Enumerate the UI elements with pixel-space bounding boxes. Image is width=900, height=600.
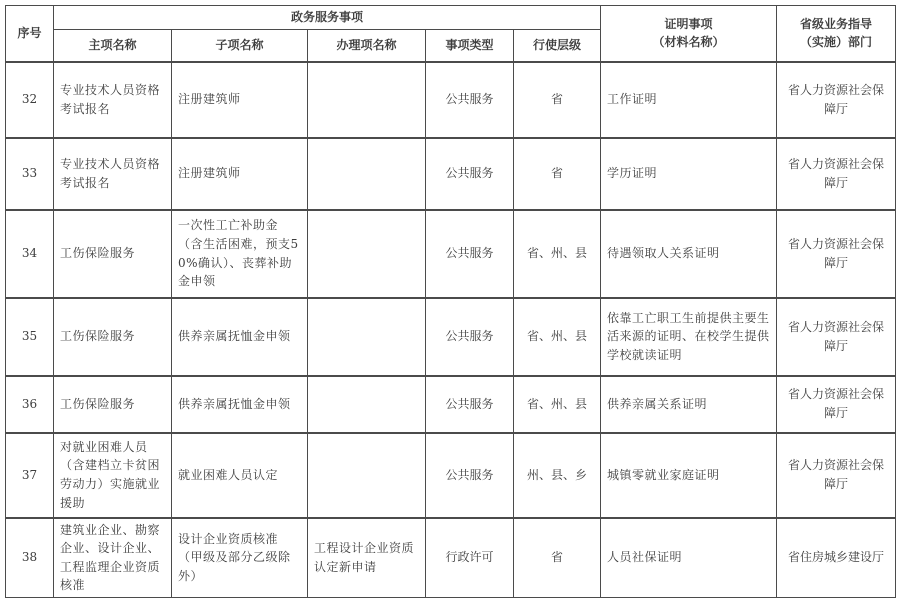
cell-cert-material: 供养亲属关系证明 [601, 376, 777, 433]
cell-item-type: 公共服务 [426, 210, 514, 298]
header-seq: 序号 [6, 6, 54, 62]
cell-exercise-level: 省 [514, 138, 601, 210]
cell-exercise-level: 省、州、县 [514, 376, 601, 433]
cell-item-name: 工程设计企业资质认定新申请 [308, 518, 426, 598]
cell-sub-name: 一次性工亡补助金（含生活困难，预支50%确认）、丧葬补助金申领 [172, 210, 308, 298]
table-row: 37对就业困难人员（含建档立卡贫困劳动力）实施就业援助就业困难人员认定公共服务州… [6, 433, 896, 518]
cell-item-type: 行政许可 [426, 518, 514, 598]
cell-sub-name: 就业困难人员认定 [172, 433, 308, 518]
table-row: 36工伤保险服务供养亲属抚恤金申领公共服务省、州、县供养亲属关系证明省人力资源社… [6, 376, 896, 433]
cell-main-name: 专业技术人员资格考试报名 [54, 138, 172, 210]
cell-item-name [308, 210, 426, 298]
cell-dept: 省人力资源社会保障厅 [777, 433, 896, 518]
cell-cert-material: 工作证明 [601, 62, 777, 138]
cell-item-name [308, 433, 426, 518]
cell-main-name: 对就业困难人员（含建档立卡贫困劳动力）实施就业援助 [54, 433, 172, 518]
header-dept-line1: 省级业务指导 [783, 15, 889, 34]
header-cert: 证明事项 （材料名称） [601, 6, 777, 62]
header-item-name: 办理项名称 [308, 30, 426, 62]
cell-dept: 省人力资源社会保障厅 [777, 298, 896, 376]
cell-seq: 32 [6, 62, 54, 138]
header-service-group: 政务服务事项 [54, 6, 601, 30]
cell-dept: 省人力资源社会保障厅 [777, 62, 896, 138]
cell-sub-name: 设计企业资质核准（甲级及部分乙级除外） [172, 518, 308, 598]
cell-item-type: 公共服务 [426, 138, 514, 210]
cell-item-type: 公共服务 [426, 298, 514, 376]
cell-sub-name: 注册建筑师 [172, 62, 308, 138]
cell-dept: 省人力资源社会保障厅 [777, 376, 896, 433]
cell-exercise-level: 省 [514, 62, 601, 138]
table-row: 38建筑业企业、勘察企业、设计企业、工程监理企业资质核准设计企业资质核准（甲级及… [6, 518, 896, 598]
table-row: 32专业技术人员资格考试报名注册建筑师公共服务省工作证明省人力资源社会保障厅 [6, 62, 896, 138]
cell-sub-name: 供养亲属抚恤金申领 [172, 376, 308, 433]
table-row: 34工伤保险服务一次性工亡补助金（含生活困难，预支50%确认）、丧葬补助金申领公… [6, 210, 896, 298]
table-header: 序号 政务服务事项 证明事项 （材料名称） 省级业务指导 （实施）部门 主项名称… [6, 6, 896, 62]
cell-item-name [308, 62, 426, 138]
government-services-table: 序号 政务服务事项 证明事项 （材料名称） 省级业务指导 （实施）部门 主项名称… [5, 5, 896, 598]
cell-item-name [308, 138, 426, 210]
header-exercise-level: 行使层级 [514, 30, 601, 62]
cell-seq: 35 [6, 298, 54, 376]
cell-cert-material: 学历证明 [601, 138, 777, 210]
cell-item-type: 公共服务 [426, 433, 514, 518]
document-page: 序号 政务服务事项 证明事项 （材料名称） 省级业务指导 （实施）部门 主项名称… [0, 0, 900, 600]
cell-cert-material: 人员社保证明 [601, 518, 777, 598]
cell-item-name [308, 298, 426, 376]
header-dept: 省级业务指导 （实施）部门 [777, 6, 896, 62]
header-main-name: 主项名称 [54, 30, 172, 62]
cell-seq: 33 [6, 138, 54, 210]
cell-main-name: 工伤保险服务 [54, 298, 172, 376]
cell-seq: 34 [6, 210, 54, 298]
cell-sub-name: 供养亲属抚恤金申领 [172, 298, 308, 376]
cell-item-type: 公共服务 [426, 376, 514, 433]
table-row: 33专业技术人员资格考试报名注册建筑师公共服务省学历证明省人力资源社会保障厅 [6, 138, 896, 210]
cell-main-name: 工伤保险服务 [54, 210, 172, 298]
cell-seq: 38 [6, 518, 54, 598]
cell-sub-name: 注册建筑师 [172, 138, 308, 210]
cell-dept: 省人力资源社会保障厅 [777, 210, 896, 298]
cell-cert-material: 待遇领取人关系证明 [601, 210, 777, 298]
cell-main-name: 专业技术人员资格考试报名 [54, 62, 172, 138]
header-sub-name: 子项名称 [172, 30, 308, 62]
cell-exercise-level: 省、州、县 [514, 210, 601, 298]
cell-cert-material: 城镇零就业家庭证明 [601, 433, 777, 518]
cell-seq: 36 [6, 376, 54, 433]
header-cert-line1: 证明事项 [607, 15, 770, 34]
table-row: 35工伤保险服务供养亲属抚恤金申领公共服务省、州、县依靠工亡职工生前提供主要生活… [6, 298, 896, 376]
cell-dept: 省住房城乡建设厅 [777, 518, 896, 598]
header-item-type: 事项类型 [426, 30, 514, 62]
cell-seq: 37 [6, 433, 54, 518]
cell-cert-material: 依靠工亡职工生前提供主要生活来源的证明、在校学生提供学校就读证明 [601, 298, 777, 376]
cell-dept: 省人力资源社会保障厅 [777, 138, 896, 210]
cell-exercise-level: 州、县、乡 [514, 433, 601, 518]
cell-main-name: 建筑业企业、勘察企业、设计企业、工程监理企业资质核准 [54, 518, 172, 598]
cell-exercise-level: 省、州、县 [514, 298, 601, 376]
cell-item-name [308, 376, 426, 433]
table-body: 32专业技术人员资格考试报名注册建筑师公共服务省工作证明省人力资源社会保障厅33… [6, 62, 896, 598]
cell-item-type: 公共服务 [426, 62, 514, 138]
cell-main-name: 工伤保险服务 [54, 376, 172, 433]
header-dept-line2: （实施）部门 [783, 33, 889, 52]
cell-exercise-level: 省 [514, 518, 601, 598]
header-cert-line2: （材料名称） [607, 33, 770, 52]
